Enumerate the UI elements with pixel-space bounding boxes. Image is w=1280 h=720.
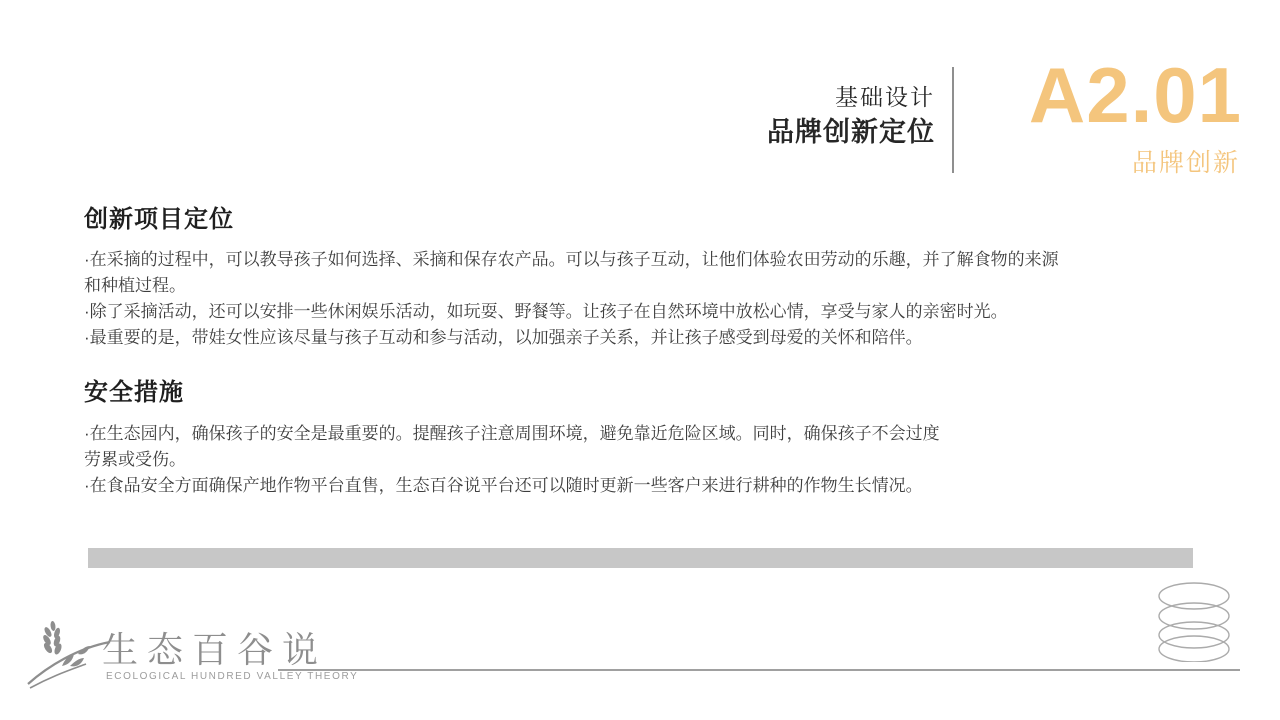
- section-code: A2.01: [1029, 56, 1242, 134]
- section-body-safety: ·在生态园内，确保孩子的安全是最重要的。提醒孩子注意周围环境，避免靠近危险区域。…: [84, 421, 1204, 499]
- body-line: ·在生态园内，确保孩子的安全是最重要的。提醒孩子注意周围环境，避免靠近危险区域。…: [84, 421, 1204, 447]
- section-heading-innovation: 创新项目定位: [84, 199, 234, 234]
- body-line: ·最重要的是，带娃女性应该尽量与孩子互动和参与活动，以加强亲子关系，并让孩子感受…: [84, 325, 1204, 351]
- section-heading-safety: 安全措施: [84, 372, 184, 407]
- coil-doodle-icon: [1154, 580, 1236, 662]
- section-code-caption: 品牌创新: [1132, 143, 1240, 179]
- body-line: 和种植过程。: [84, 273, 1204, 299]
- footer-rule-line: [278, 669, 1240, 671]
- body-line: ·在食品安全方面确保产地作物平台直售，生态百谷说平台还可以随时更新一些客户来进行…: [84, 473, 1204, 499]
- header-title: 品牌创新定位: [767, 116, 935, 148]
- section-body-innovation: ·在采摘的过程中，可以教导孩子如何选择、采摘和保存农产品。可以与孩子互动，让他们…: [84, 247, 1204, 351]
- logo-wordmark-en: ECOLOGICAL HUNDRED VALLEY THEORY: [106, 671, 358, 682]
- gray-separator-bar: [88, 548, 1193, 568]
- header-category: 基础设计: [767, 84, 935, 112]
- body-line: ·除了采摘活动，还可以安排一些休闲娱乐活动，如玩耍、野餐等。让孩子在自然环境中放…: [84, 299, 1204, 325]
- wheat-logo-icon: [26, 620, 112, 690]
- slide-page: 基础设计 品牌创新定位 A2.01 品牌创新 创新项目定位 ·在采摘的过程中，可…: [0, 0, 1280, 720]
- body-line: ·在采摘的过程中，可以教导孩子如何选择、采摘和保存农产品。可以与孩子互动，让他们…: [84, 247, 1204, 273]
- body-line: 劳累或受伤。: [84, 447, 1204, 473]
- header-divider: [952, 67, 954, 173]
- header: 基础设计 品牌创新定位: [767, 84, 935, 148]
- logo-wordmark-cn: 生态百谷说: [102, 630, 327, 670]
